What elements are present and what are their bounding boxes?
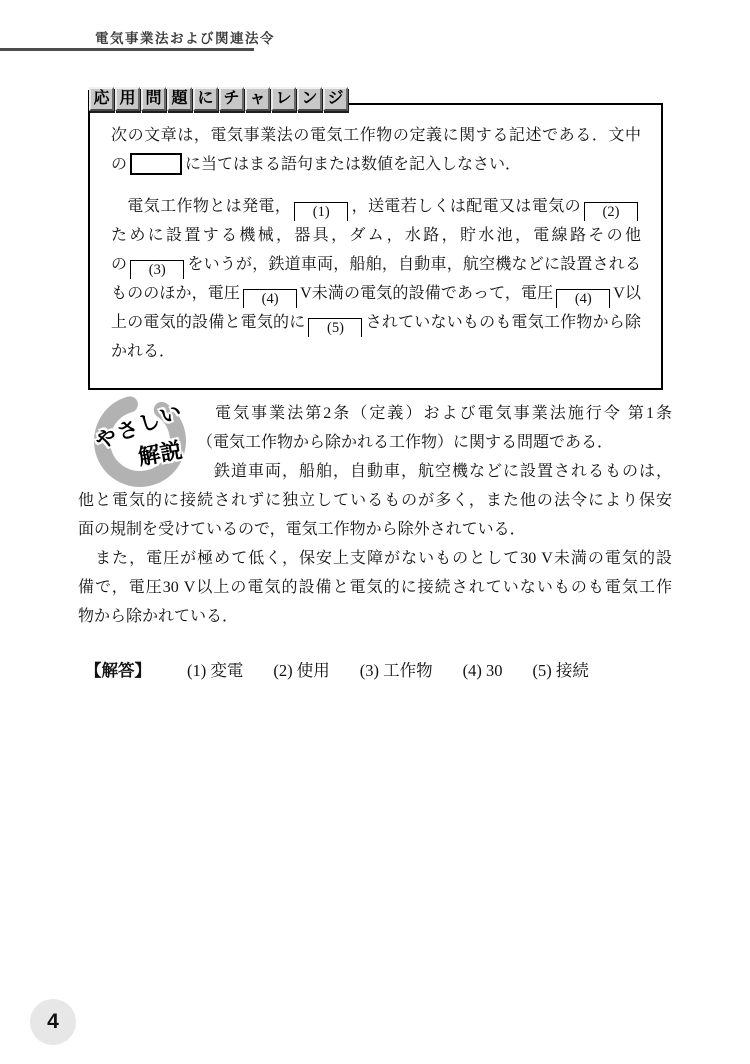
answer-line: 【解答】 (1) 変電 (2) 使用 (3) 工作物 (4) 30 (5) 接続 — [85, 657, 619, 681]
answer-item-2: (2) 使用 — [273, 657, 329, 681]
intro-line2-pre: の — [111, 156, 127, 173]
answer-item-4: (4) 30 — [463, 661, 503, 681]
problem-body-line1: 電気工作物とは発電，(1)，送電若しくは配電又は電気の(2)の — [111, 192, 641, 221]
challenge-badge: 応 用 問 題 に チ ャ レ ン ジ — [89, 87, 348, 111]
answer-item-1: (1) 変電 — [187, 657, 243, 681]
blank-1-box: (1) — [294, 202, 348, 221]
badge-char: ジ — [323, 87, 348, 111]
badge-char: レ — [271, 87, 296, 111]
problem-intro-line1: 次の文章は，電気事業法の電気工作物の定義に関する記述である．文中 — [111, 121, 641, 150]
blank-3-box: (3) — [130, 260, 184, 279]
problem-body-line6: かれる． — [111, 337, 641, 366]
answer-item-3: (3) 工作物 — [360, 657, 433, 681]
explanation-line: 電気事業法第2条（定義）および電気事業法施行令 第1条 — [197, 399, 672, 428]
badge-char: 応 — [89, 87, 114, 111]
answer-label: 【解答】 — [85, 657, 151, 681]
explanation-line: 面の規制を受けているので，電気工作物から除外されている． — [78, 515, 672, 544]
problem-body-line3: の(3)をいうが，鉄道車両，船舶，自動車，航空機などに設置される — [111, 250, 641, 279]
badge-char: ン — [297, 87, 322, 111]
badge-char: 問 — [141, 87, 166, 111]
problem-body-line5: 上の電気的設備と電気的に(5)されていないものも電気工作物から除 — [111, 308, 641, 337]
intro-line2-post: に当てはまる語句または数値を記入しなさい． — [185, 156, 521, 173]
fill-in-blank-box — [130, 153, 182, 175]
blank-5-box: (5) — [308, 318, 362, 337]
textbook-page: 電気事業法および関連法令 応 用 問 題 に チ ャ レ ン ジ 次の文章は，電… — [0, 0, 750, 1064]
problem-body-line4: もののほか，電圧(4)V未満の電気的設備であって，電圧(4)V以 — [111, 279, 641, 308]
blank-4-box: (4) — [556, 289, 610, 308]
badge-char: ャ — [245, 87, 270, 111]
blank-4-box: (4) — [243, 289, 297, 308]
page-header-title: 電気事業法および関連法令 — [95, 27, 275, 47]
explanation-line: 鉄道車両，船舶，自動車，航空機などに設置されるものは， — [197, 457, 672, 486]
spacer — [111, 179, 641, 192]
problem-intro-line2: のに当てはまる語句または数値を記入しなさい． — [111, 150, 641, 179]
explanation-line: 他と電気的に接続されずに独立しているものが多く，また他の法令により保安 — [78, 486, 672, 515]
problem-box: 次の文章は，電気事業法の電気工作物の定義に関する記述である．文中 のに当てはまる… — [88, 103, 663, 390]
blank-2-box: (2) — [584, 202, 638, 221]
badge-char: チ — [219, 87, 244, 111]
header-rule — [0, 48, 254, 51]
badge-char: に — [193, 87, 218, 111]
problem-body-line2: ために設置する機械，器具，ダム，水路，貯水池，電線路その他 — [111, 221, 641, 250]
page-number-badge: 4 — [30, 999, 76, 1045]
explanation-line: 備で，電圧30 V以上の電気的設備と電気的に接続されていないものも電気工作 — [78, 573, 672, 602]
answer-item-5: (5) 接続 — [533, 657, 589, 681]
badge-char: 題 — [167, 87, 192, 111]
explanation-line: また，電圧が極めて低く，保安上支障がないものとして30 V未満の電気的設 — [78, 544, 672, 573]
explanation-line: （電気工作物から除かれる工作物）に関する問題である． — [197, 428, 672, 457]
explanation-line: 物から除かれている． — [78, 602, 672, 631]
explanation-block: 電気事業法第2条（定義）および電気事業法施行令 第1条 （電気工作物から除かれる… — [78, 399, 672, 631]
badge-char: 用 — [115, 87, 140, 111]
